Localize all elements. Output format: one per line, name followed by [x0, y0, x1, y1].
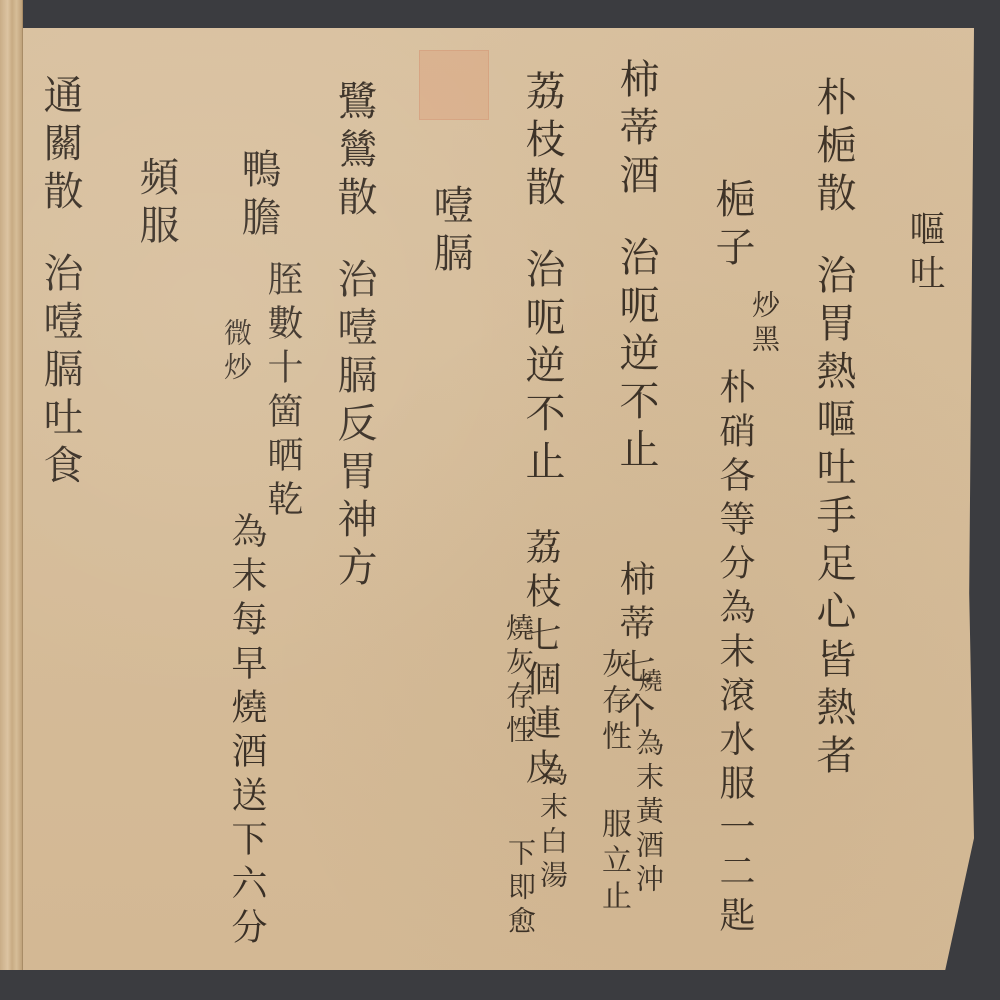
recipe-title: 通關散 — [37, 74, 83, 218]
recipe-column-6: 鷺鷥散治噎膈反胃神方 — [334, 80, 374, 594]
dosage-label: 頻服 — [136, 156, 176, 252]
subheading: 噎膈 — [430, 184, 470, 280]
scanned-manuscript: 嘔吐 朴梔散治胃熱嘔吐手足心皆熱者 梔子 炒黑 朴硝各等分為末滾水服一二匙 柿蒂… — [0, 0, 1000, 1000]
recipe-column-1: 朴梔散治胃熱嘔吐手足心皆熱者 — [813, 76, 853, 782]
recipe-title: 柿蒂酒 — [613, 58, 659, 202]
seal-stamp — [419, 50, 489, 120]
recipe-title: 鷺鷥散 — [331, 80, 377, 224]
recipe-indication: 治噎膈反胃神方 — [331, 258, 377, 594]
recipe-indication: 治呃逆不止 — [613, 236, 659, 476]
section-heading: 嘔吐 — [906, 210, 942, 298]
book-binding-edge — [0, 0, 23, 970]
recipe-indication: 治噎膈吐食 — [37, 252, 83, 492]
recipe-indication: 治胃熱嘔吐手足心皆熱者 — [810, 254, 856, 782]
recipe-dosage: 服立止 — [598, 808, 628, 916]
recipe-title: 朴梔散 — [810, 76, 856, 220]
recipe-dosage: 下即愈 — [506, 838, 534, 940]
recipe-preparation: 為末每早燒酒送下六分 — [228, 512, 264, 952]
recipe-column-4: 荔枝散治呃逆不止 — [522, 70, 562, 488]
recipe-indication: 治呃逆不止 — [519, 248, 565, 488]
ingredient-note-left: 燒灰存性 — [504, 613, 532, 749]
ingredient-note-right: 燒 — [636, 668, 660, 698]
recipe-column-2: 梔子 — [712, 178, 752, 274]
recipe-title: 荔枝散 — [519, 70, 565, 214]
ingredient-note-left: 灰存性 — [598, 648, 628, 756]
ingredient: 鴨膽 — [238, 148, 278, 244]
ingredient-note-left: 微炒 — [222, 318, 250, 386]
recipe-preparation: 為末白湯 — [538, 758, 566, 894]
recipe-preparation: 朴硝各等分為末滾水服一二匙 — [716, 368, 752, 940]
recipe-preparation: 為末黃酒沖 — [634, 728, 662, 898]
recipe-column-9: 通關散治噎膈吐食 — [40, 74, 80, 492]
manuscript-page: 嘔吐 朴梔散治胃熱嘔吐手足心皆熱者 梔子 炒黑 朴硝各等分為末滾水服一二匙 柿蒂… — [16, 28, 974, 970]
ingredient-note: 炒黑 — [750, 290, 778, 358]
recipe-column-3: 柿蒂酒治呃逆不止 — [616, 58, 656, 476]
ingredient-quantity: 胵數十箇晒乾 — [264, 260, 300, 524]
ingredient: 梔子 — [709, 178, 755, 274]
